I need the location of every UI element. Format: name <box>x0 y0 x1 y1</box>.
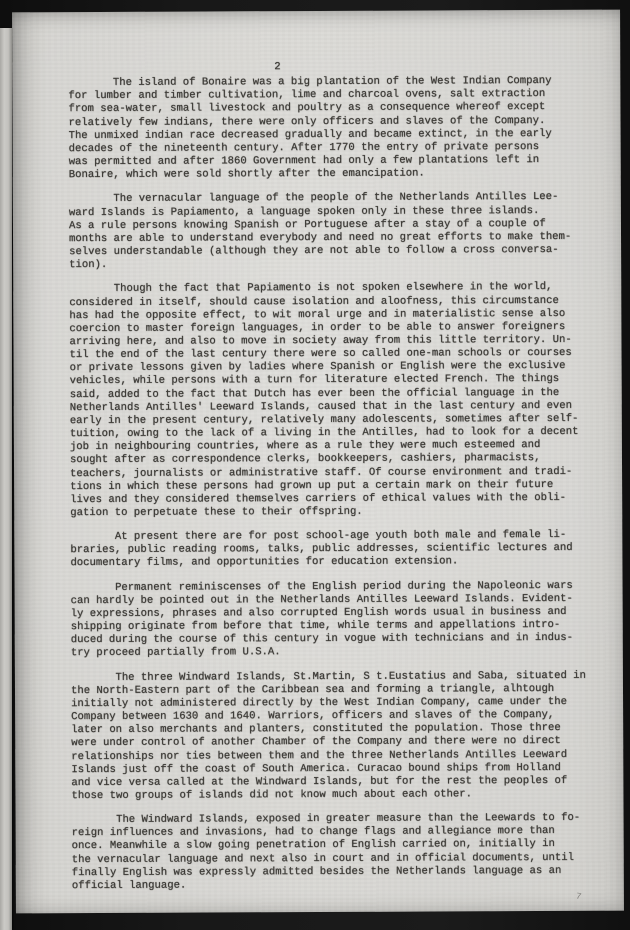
paragraph-windward-islands-history: The three Windward Islands, St.Martin, S… <box>71 669 616 803</box>
paragraph-papiamento-vernacular: The vernacular language of the people of… <box>69 191 613 272</box>
paragraph-bonaire-plantation: The island of Bonaire was a big plantati… <box>68 75 612 183</box>
scanned-page: 2 The island of Bonaire was a big planta… <box>12 10 624 914</box>
paragraph-windward-english-admitted: The Windward Islands, exposed in greater… <box>72 812 616 893</box>
page-text-block: 2 The island of Bonaire was a big planta… <box>68 60 616 904</box>
paragraph-english-reminiscences: Permanent reminiscenses of the English p… <box>71 579 615 660</box>
paragraph-foreign-languages: Though the fact that Papiamento is not s… <box>69 281 614 520</box>
paragraph-libraries-education: At present there are for post school-age… <box>70 529 614 571</box>
underlying-page-edge <box>0 28 12 930</box>
page-number: 2 <box>274 61 280 74</box>
